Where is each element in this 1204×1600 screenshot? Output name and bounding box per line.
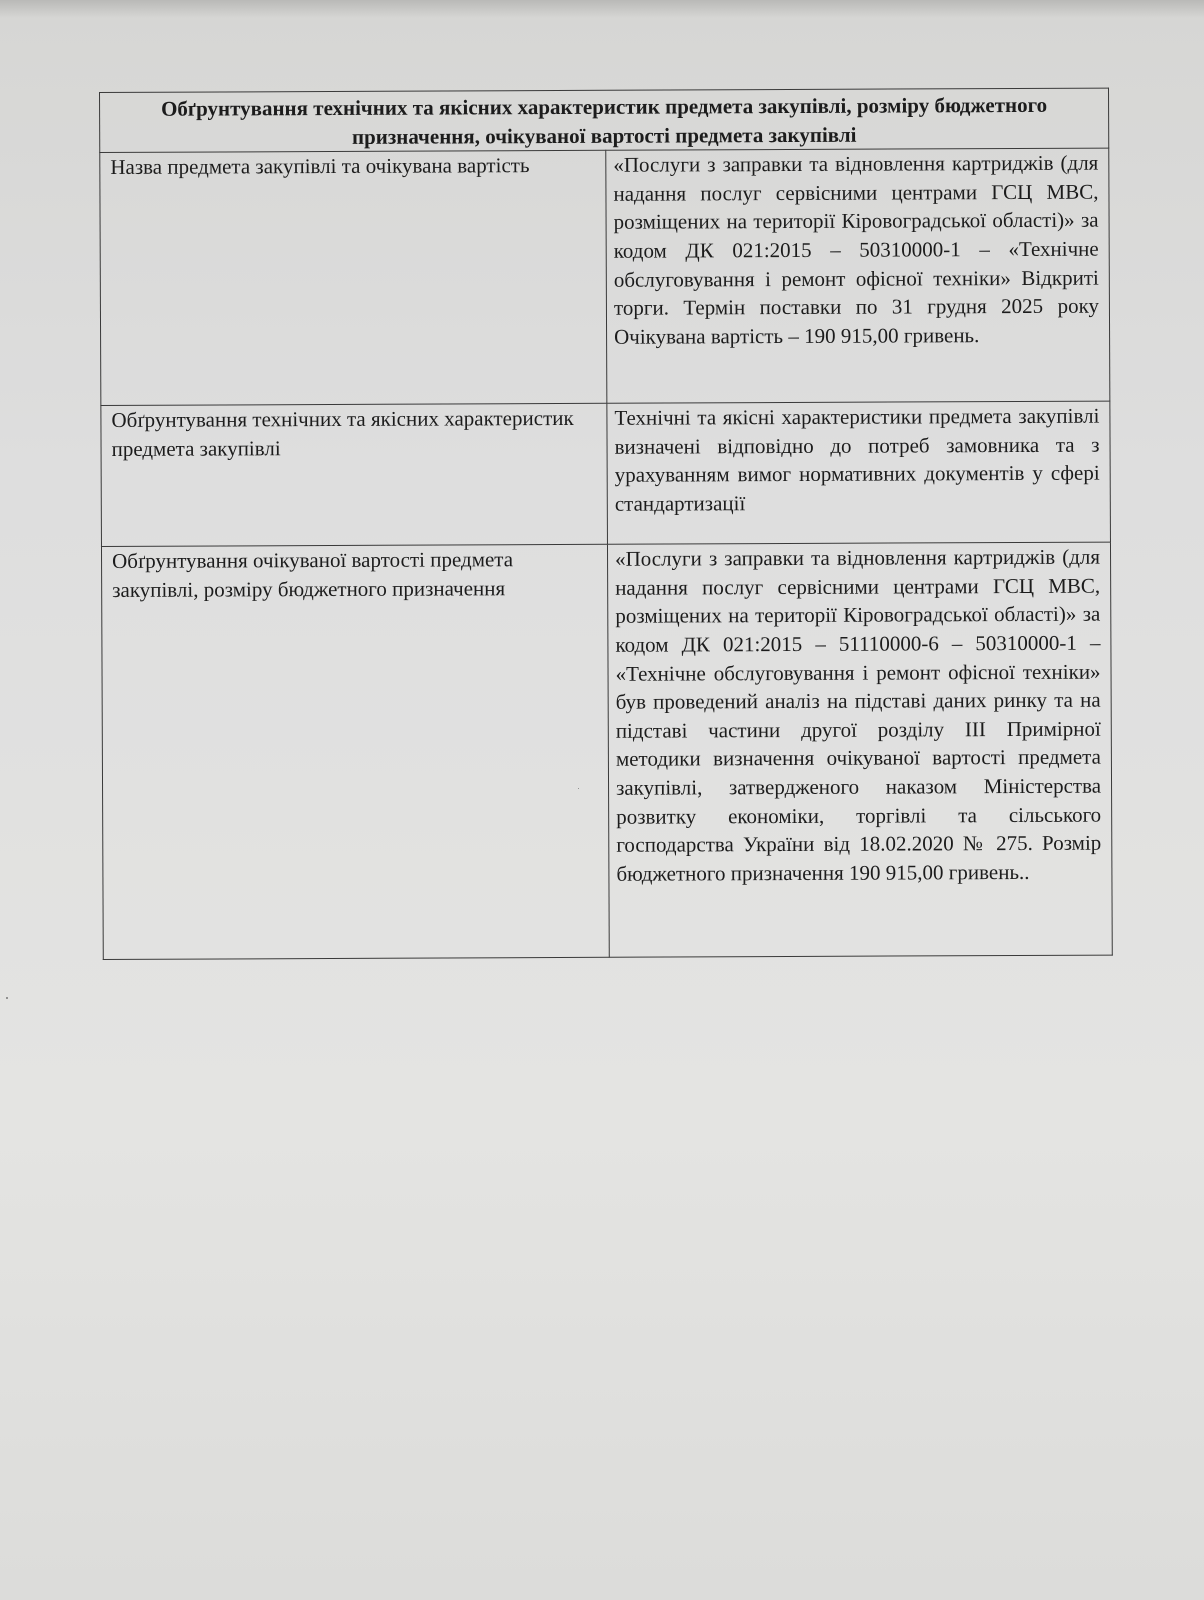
page-edge-shadow xyxy=(0,0,1204,18)
justification-table: Обґрунтування технічних та якісних харак… xyxy=(99,88,1113,961)
row-label-cost-justification: Обґрунтування очікуваної вартості предме… xyxy=(101,544,609,959)
row-label-technical-justification: Обґрунтування технічних та якісних харак… xyxy=(101,403,608,546)
table-row: Назва предмета закупівлі та очікувана ва… xyxy=(100,148,1110,405)
row-value-procurement-name: «Послуги з заправки та відновлення картр… xyxy=(606,148,1110,403)
table-title: Обґрунтування технічних та якісних харак… xyxy=(100,88,1109,153)
paper-speck xyxy=(6,997,8,999)
table-row: Обґрунтування очікуваної вартості предме… xyxy=(101,542,1112,959)
row-label-procurement-name: Назва предмета закупівлі та очікувана ва… xyxy=(100,150,607,405)
paper-speck xyxy=(578,788,579,789)
table-header-row: Обґрунтування технічних та якісних харак… xyxy=(100,88,1109,153)
row-value-cost-justification: «Послуги з заправки та відновлення картр… xyxy=(607,542,1112,957)
row-value-technical-justification: Технічні та якісні характеристики предме… xyxy=(607,401,1111,544)
table-row: Обґрунтування технічних та якісних харак… xyxy=(101,401,1111,546)
